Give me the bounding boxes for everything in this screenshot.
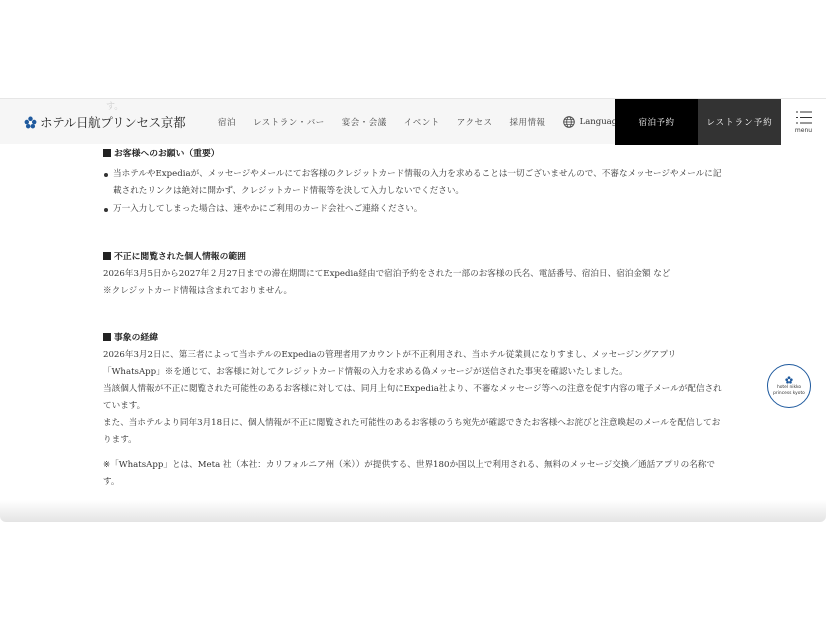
stay-reservation-button[interactable]: 宿泊予約 [615,99,698,145]
nav-banquet-meeting[interactable]: 宴会・会議 [342,116,387,128]
menu-button[interactable]: menu [781,99,826,145]
notice-content: お客様へのお願い（重要） 当ホテルやExpediaが、メッセージやメールにてお客… [103,146,723,491]
scope-text: 2026年3月5日から2027年２月27日までの滞在期間にてExpedia経由で… [103,266,723,283]
square-bullet-icon [103,252,111,260]
flower-logo-icon [24,116,37,129]
globe-icon [563,116,575,128]
whatsapp-note: ※「WhatsApp」とは、Meta 社（本社：カリフォルニア州（米））が提供す… [103,457,723,491]
scrolled-text-fragment: す。 [106,99,123,112]
menu-label: menu [795,127,812,134]
section-heading: 不正に閲覧された個人情報の範囲 [103,249,723,266]
nav-access[interactable]: アクセス [457,116,493,128]
hotel-logo-link[interactable]: ホテル日航プリンセス京都 [24,113,185,131]
section-heading: お客様へのお願い（重要） [103,146,723,163]
hotel-badge-button[interactable]: hotel nikko princess kyoto [767,364,811,408]
nav-events[interactable]: イベント [404,116,440,128]
history-paragraph: また、当ホテルより同年3月18日に、個人情報が不正に閲覧された可能性のあるお客様… [103,415,723,449]
list-item: 万一入力してしまった場合は、速やかにご利用のカード会社へご連絡ください。 [103,201,723,218]
scope-note: ※クレジットカード情報は含まれておりません。 [103,283,723,300]
flower-logo-icon [785,376,793,384]
hamburger-menu-icon [796,111,812,124]
nav-restaurant-bar[interactable]: レストラン・バー [253,116,325,128]
badge-line-2: princess kyoto [773,391,805,396]
request-list: 当ホテルやExpediaが、メッセージやメールにてお客様のクレジットカード情報の… [103,166,723,218]
square-bullet-icon [103,149,111,157]
section-heading: 事象の経緯 [103,330,723,347]
badge-line-1: hotel nikko [777,385,801,390]
main-nav: 宿泊 レストラン・バー 宴会・会議 イベント アクセス 採用情報 Languag… [218,99,622,145]
request-section: お客様へのお願い（重要） 当ホテルやExpediaが、メッセージやメールにてお客… [103,146,723,218]
history-section: 事象の経緯 2026年3月2日に、第三者によって当ホテルのExpediaの管理者… [103,330,723,491]
language-selector[interactable]: Language [563,116,623,128]
square-bullet-icon [103,333,111,341]
history-paragraph: 当該個人情報が不正に閲覧された可能性のあるお客様に対しては、同月上旬にExped… [103,381,723,415]
restaurant-reservation-button[interactable]: レストラン予約 [698,99,781,145]
list-item: 当ホテルやExpediaが、メッセージやメールにてお客様のクレジットカード情報の… [103,166,723,200]
viewport-bottom-shadow [0,500,826,522]
nav-stay[interactable]: 宿泊 [218,116,236,128]
hotel-name: ホテル日航プリンセス京都 [40,113,185,131]
site-header: す。 ホテル日航プリンセス京都 宿泊 レストラン・バー 宴会・会議 イベント ア… [0,98,826,144]
nav-recruit[interactable]: 採用情報 [510,116,546,128]
history-paragraph: 2026年3月2日に、第三者によって当ホテルのExpediaの管理者用アカウント… [103,347,723,381]
scope-section: 不正に閲覧された個人情報の範囲 2026年3月5日から2027年２月27日までの… [103,249,723,300]
